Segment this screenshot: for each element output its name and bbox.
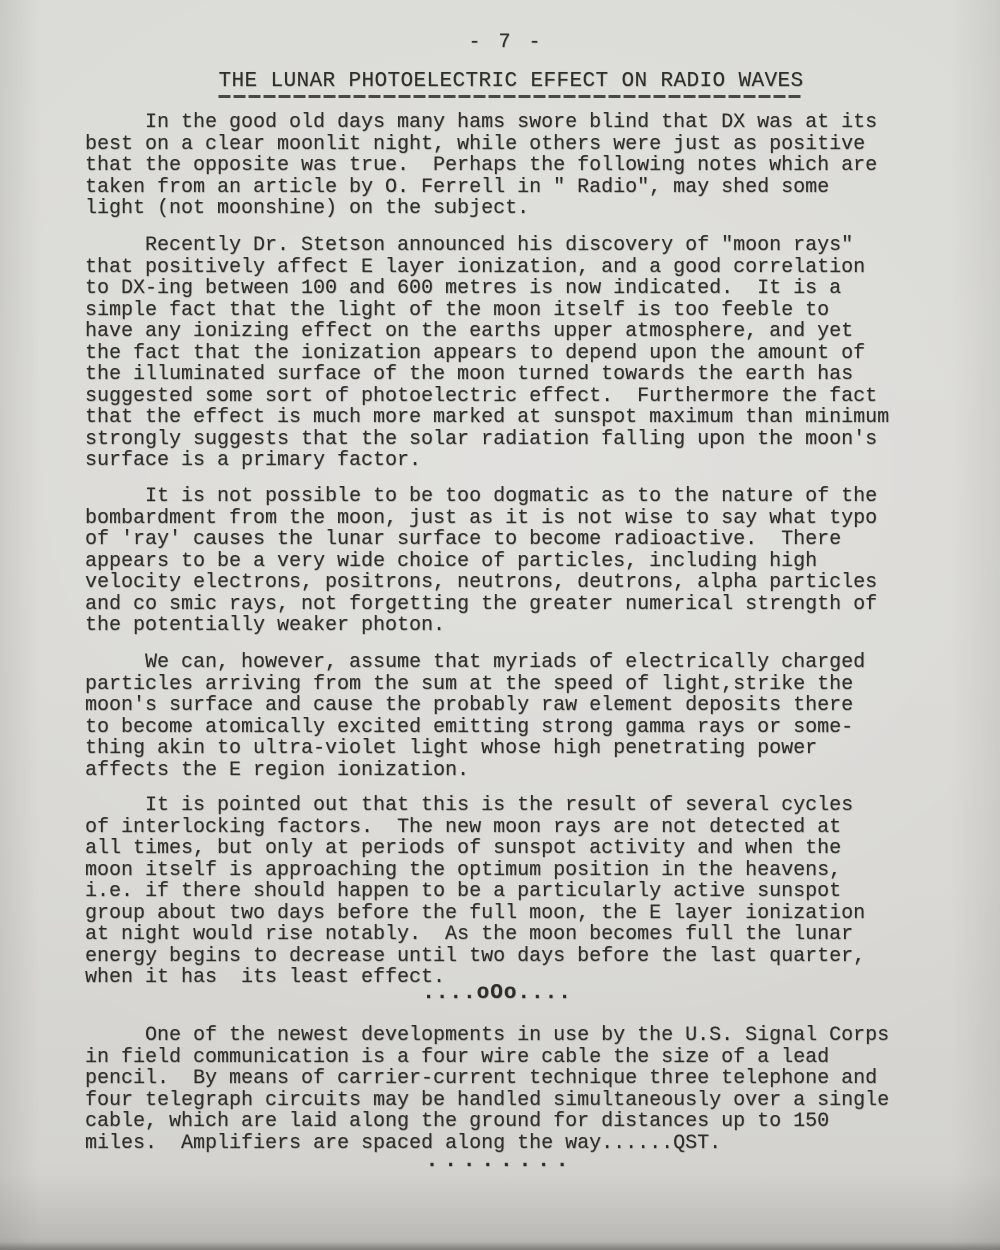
paragraph-nature-of-bombardment: It is not possible to be too dogmatic as… [85, 486, 877, 637]
section-divider: ....oOo.... [422, 982, 572, 1005]
paragraph-signal-corps: One of the newest developments in use by… [85, 1025, 889, 1154]
document-page: - 7 - THE LUNAR PHOTOELECTRIC EFFECT ON … [0, 0, 1000, 1250]
page-number: - 7 - [468, 31, 543, 54]
paragraph-charged-particles: We can, however, assume that myriads of … [85, 652, 865, 781]
page-bottom-shadow [0, 1242, 1000, 1250]
end-dots: ........ [426, 1150, 575, 1173]
paragraph-intro: In the good old days many hams swore bli… [85, 112, 877, 220]
paragraph-interlocking-factors: It is pointed out that this is the resul… [85, 795, 865, 989]
document-title: THE LUNAR PHOTOELECTRIC EFFECT ON RADIO … [218, 70, 803, 101]
paragraph-stetson-discovery: Recently Dr. Stetson announced his disco… [85, 235, 889, 472]
